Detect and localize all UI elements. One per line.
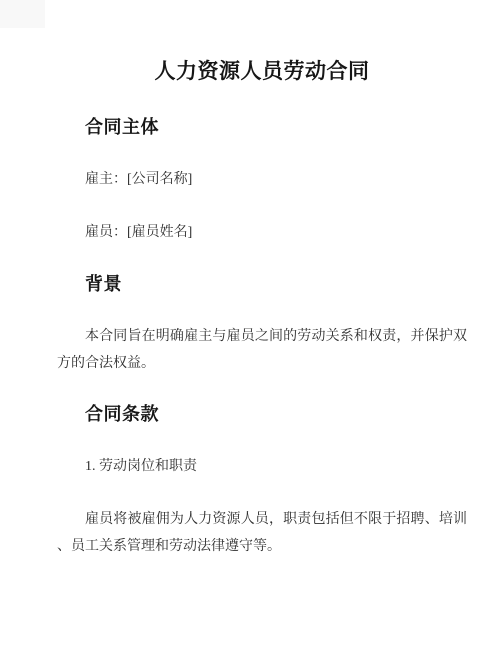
term-item-paragraph: 雇员将被雇佣为人力资源人员，职责包括但不限于招聘、培训、员工关系管理和劳动法律遵…	[57, 506, 467, 560]
employee-label: 雇员：	[85, 225, 127, 240]
page-corner-shade	[0, 0, 45, 28]
document-title: 人力资源人员劳动合同	[57, 58, 467, 86]
section-heading-parties: 合同主体	[57, 114, 467, 140]
employer-line: 雇主：[公司名称]	[57, 166, 467, 193]
employer-label: 雇主：	[85, 172, 127, 187]
contract-document-page: 人力资源人员劳动合同 合同主体 雇主：[公司名称] 雇员：[雇员姓名] 背景 本…	[0, 0, 500, 647]
employer-value: [公司名称]	[127, 172, 192, 187]
section-heading-terms: 合同条款	[57, 401, 467, 427]
section-heading-background: 背景	[57, 271, 467, 297]
employee-value: [雇员姓名]	[127, 225, 192, 240]
term-item-title: 1. 劳动岗位和职责	[57, 453, 467, 480]
background-paragraph: 本合同旨在明确雇主与雇员之间的劳动关系和权责，并保护双方的合法权益。	[57, 323, 467, 377]
employee-line: 雇员：[雇员姓名]	[57, 219, 467, 246]
